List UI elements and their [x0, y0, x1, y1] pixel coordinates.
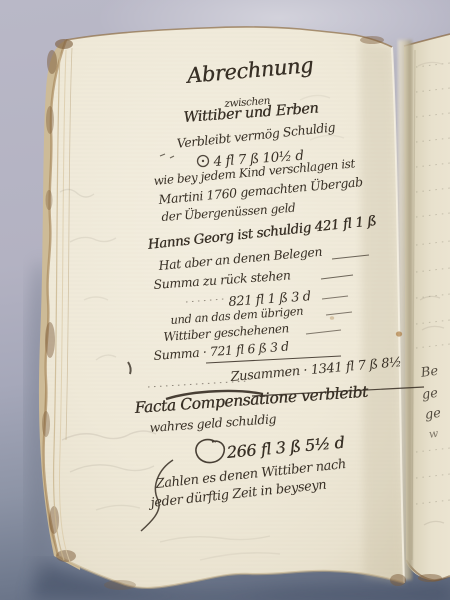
- right-page-fragment: ge: [424, 406, 442, 423]
- right-page-fragment: Be: [420, 364, 439, 381]
- right-page-fragment: ge: [421, 386, 439, 403]
- book-photo-illustration: [0, 0, 450, 600]
- right-page-fragment: w: [428, 427, 439, 441]
- photo-backdrop: Abrechnung zwischen Wittiber und Erben V…: [0, 0, 450, 600]
